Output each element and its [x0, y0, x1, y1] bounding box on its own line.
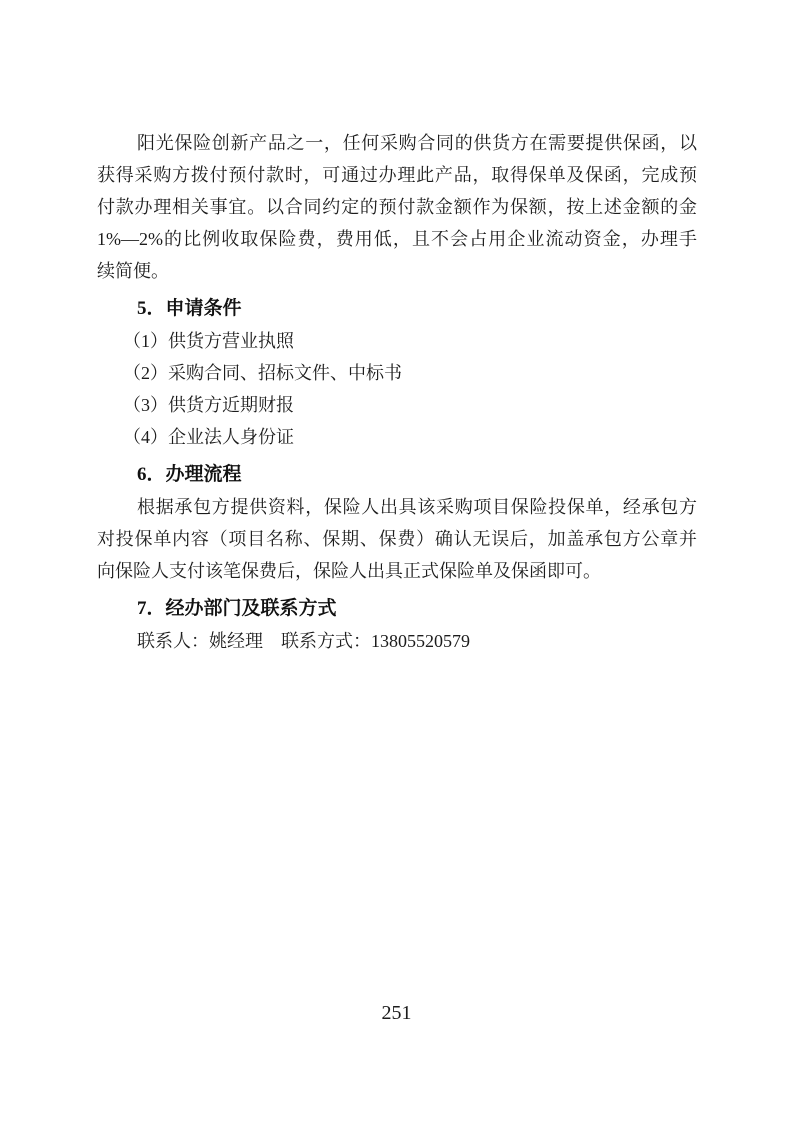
- list-item: （4）企业法人身份证: [97, 421, 697, 453]
- list-item: （3）供货方近期财报: [97, 389, 697, 421]
- process-paragraph-line: 对投保单内容（项目名称、保期、保费）确认无误后，加盖承包方公章并: [97, 523, 697, 555]
- intro-paragraph-line: 阳光保险创新产品之一，任何采购合同的供货方在需要提供保函，以: [97, 127, 697, 159]
- list-item: （2）采购合同、招标文件、中标书: [97, 357, 697, 389]
- section-7-heading: 7．经办部门及联系方式: [97, 593, 697, 625]
- page-content: 阳光保险创新产品之一，任何采购合同的供货方在需要提供保函，以 获得采购方拨付预付…: [97, 127, 697, 657]
- intro-paragraph-line: 获得采购方拨付预付款时，可通过办理此产品，取得保单及保函，完成预: [97, 159, 697, 191]
- section-6-heading: 6．办理流程: [97, 459, 697, 491]
- process-paragraph-line: 向保险人支付该笔保费后，保险人出具正式保险单及保函即可。: [97, 555, 697, 587]
- intro-paragraph-line: 1%—2%的比例收取保险费，费用低，且不会占用企业流动资金，办理手: [97, 223, 697, 255]
- intro-paragraph-line: 续简便。: [97, 255, 697, 287]
- intro-paragraph-line: 付款办理相关事宜。以合同约定的预付款金额作为保额，按上述金额的金: [97, 191, 697, 223]
- process-paragraph-line: 根据承包方提供资料，保险人出具该采购项目保险投保单，经承包方: [97, 491, 697, 523]
- contact-line: 联系人：姚经理 联系方式：13805520579: [97, 625, 697, 657]
- page-number: 251: [0, 1000, 793, 1026]
- section-5-heading: 5．申请条件: [97, 293, 697, 325]
- list-item: （1）供货方营业执照: [97, 325, 697, 357]
- document-page: 阳光保险创新产品之一，任何采购合同的供货方在需要提供保函，以 获得采购方拨付预付…: [0, 0, 793, 1122]
